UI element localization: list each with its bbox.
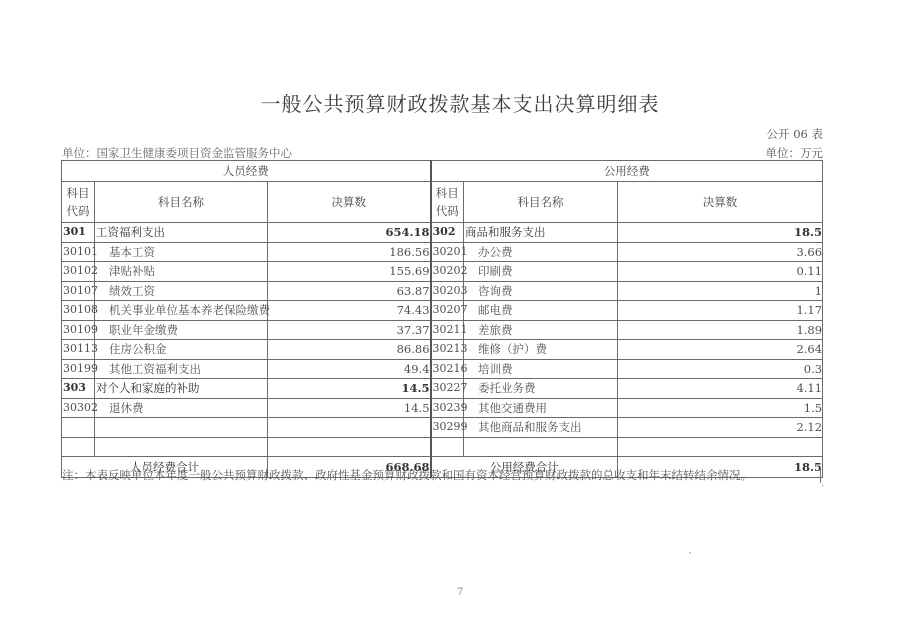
table-row: 30199 其他工资福利支出 49.4 30216 培训费 0.3 [62, 359, 823, 379]
name-cell [95, 437, 268, 457]
group-header-public: 公用经费 [431, 161, 823, 182]
amount-cell: 0.11 [618, 262, 823, 282]
table-row: 30102 津贴补贴 155.69 30202 印刷费 0.11 [62, 262, 823, 282]
amount-cell [268, 437, 431, 457]
amount-cell [618, 437, 823, 457]
name-cell: 住房公积金 [95, 340, 268, 360]
code-cell: 30203 [431, 281, 464, 301]
name-cell: 绩效工资 [95, 281, 268, 301]
code-cell: 30213 [431, 340, 464, 360]
code-cell: 30109 [62, 320, 95, 340]
code-cell: 30227 [431, 379, 464, 399]
table-row: 30299 其他商品和服务支出 2.12 [62, 418, 823, 438]
name-cell: 津贴补贴 [95, 262, 268, 282]
amount-cell: 155.69 [268, 262, 431, 282]
name-cell: 退休费 [95, 398, 268, 418]
code-cell: 30202 [431, 262, 464, 282]
group-header-row: 人员经费 公用经费 [62, 161, 823, 182]
amount-cell: 1.17 [618, 301, 823, 321]
amount-cell: 4.11 [618, 379, 823, 399]
table-row: 30109 职业年金缴费 37.37 30211 差旅费 1.89 [62, 320, 823, 340]
name-cell [464, 437, 618, 457]
amount-cell: 74.43 [268, 301, 431, 321]
code-cell: 30113 [62, 340, 95, 360]
amount-cell: 18.5 [618, 223, 823, 243]
code-cell [431, 437, 464, 457]
table-row: 30108 机关事业单位基本养老保险缴费 74.43 30207 邮电费 1.1… [62, 301, 823, 321]
amount-cell: 1.5 [618, 398, 823, 418]
col-header-code-line2: 代码 [434, 202, 462, 220]
table-row: 30101 基本工资 186.56 30201 办公费 3.66 [62, 242, 823, 262]
amount-cell: 1 [618, 281, 823, 301]
col-header-code-line2: 代码 [64, 202, 92, 220]
name-cell: 咨询费 [464, 281, 618, 301]
code-cell: 30201 [431, 242, 464, 262]
code-cell: 30302 [62, 398, 95, 418]
name-cell: 对个人和家庭的补助 [95, 379, 268, 399]
amount-cell: 1.89 [618, 320, 823, 340]
code-cell: 301 [62, 223, 95, 243]
amount-cell: 37.37 [268, 320, 431, 340]
name-cell: 委托业务费 [464, 379, 618, 399]
amount-cell: 86.86 [268, 340, 431, 360]
name-cell: 其他工资福利支出 [95, 359, 268, 379]
page-number: 7 [0, 587, 920, 598]
amount-cell: 2.12 [618, 418, 823, 438]
code-cell [62, 418, 95, 438]
col-header-name-right: 科目名称 [464, 182, 618, 223]
name-cell [95, 418, 268, 438]
amount-cell: 186.56 [268, 242, 431, 262]
form-number: 公开 06 表 [767, 126, 823, 142]
name-cell: 其他交通费用 [464, 398, 618, 418]
code-cell: 30101 [62, 242, 95, 262]
name-cell: 培训费 [464, 359, 618, 379]
name-cell: 办公费 [464, 242, 618, 262]
name-cell: 邮电费 [464, 301, 618, 321]
amount-cell: 14.5 [268, 379, 431, 399]
col-header-amount-right: 决算数 [618, 182, 823, 223]
page-title: 一般公共预算财政拨款基本支出决算明细表 [0, 88, 920, 117]
table-row [62, 437, 823, 457]
col-header-code-line1: 科目 [434, 184, 462, 202]
code-cell: 30299 [431, 418, 464, 438]
unit-organization: 单位：国家卫生健康委项目资金监管服务中心 [62, 145, 292, 161]
table-row: 30107 绩效工资 63.87 30203 咨询费 1 [62, 281, 823, 301]
table-note: 注：本表反映单位本年度一般公共预算财政拨款、政府性基金预算财政拨款和国有资本经营… [62, 467, 752, 483]
code-cell: 303 [62, 379, 95, 399]
code-cell: 30107 [62, 281, 95, 301]
amount-cell: 654.18 [268, 223, 431, 243]
name-cell: 印刷费 [464, 262, 618, 282]
name-cell: 基本工资 [95, 242, 268, 262]
name-cell: 维修（护）费 [464, 340, 618, 360]
code-cell: 30108 [62, 301, 95, 321]
col-header-code-right: 科目 代码 [431, 182, 464, 223]
amount-cell: 14.5 [268, 398, 431, 418]
unit-currency: 单位：万元 [766, 145, 824, 161]
code-cell: 30199 [62, 359, 95, 379]
code-cell: 30216 [431, 359, 464, 379]
name-cell: 机关事业单位基本养老保险缴费 [95, 301, 268, 321]
amount-cell: 3.66 [618, 242, 823, 262]
name-cell: 商品和服务支出 [464, 223, 618, 243]
scan-speck [822, 484, 823, 487]
name-cell: 工资福利支出 [95, 223, 268, 243]
name-cell: 其他商品和服务支出 [464, 418, 618, 438]
amount-cell: 49.4 [268, 359, 431, 379]
table-row: 303 对个人和家庭的补助 14.5 30227 委托业务费 4.11 [62, 379, 823, 399]
amount-cell: 0.3 [618, 359, 823, 379]
code-cell: 30102 [62, 262, 95, 282]
amount-cell: 2.64 [618, 340, 823, 360]
table-row: 30302 退休费 14.5 30239 其他交通费用 1.5 [62, 398, 823, 418]
code-cell [62, 437, 95, 457]
code-cell: 30239 [431, 398, 464, 418]
column-header-row: 科目 代码 科目名称 决算数 科目 代码 科目名称 决算数 [62, 182, 823, 223]
col-header-name-left: 科目名称 [95, 182, 268, 223]
table-right-edge-line [820, 467, 821, 483]
name-cell: 差旅费 [464, 320, 618, 340]
table-row: 30113 住房公积金 86.86 30213 维修（护）费 2.64 [62, 340, 823, 360]
code-cell: 30211 [431, 320, 464, 340]
group-header-personnel: 人员经费 [62, 161, 431, 182]
name-cell: 职业年金缴费 [95, 320, 268, 340]
col-header-amount-left: 决算数 [268, 182, 431, 223]
amount-cell: 63.87 [268, 281, 431, 301]
code-cell: 30207 [431, 301, 464, 321]
code-cell: 302 [431, 223, 464, 243]
table-row: 301 工资福利支出 654.18 302 商品和服务支出 18.5 [62, 223, 823, 243]
amount-cell [268, 418, 431, 438]
scan-speck [689, 552, 691, 554]
col-header-code-line1: 科目 [64, 184, 92, 202]
col-header-code-left: 科目 代码 [62, 182, 95, 223]
expenditure-detail-table: 人员经费 公用经费 科目 代码 科目名称 决算数 科目 代码 科目名称 决算数 … [61, 160, 823, 478]
